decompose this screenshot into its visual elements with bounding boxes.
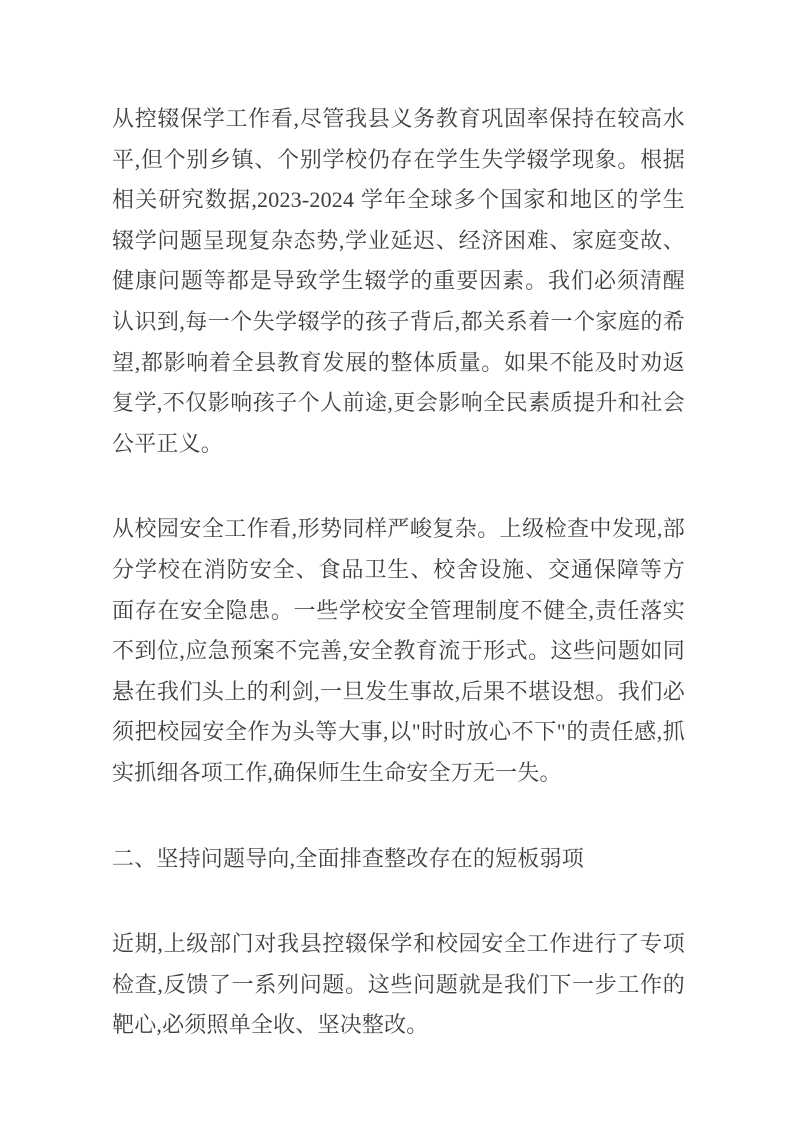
paragraph-inspection-feedback: 近期,上级部门对我县控辍保学和校园安全工作进行了专项检查,反馈了一系列问题。这些… bbox=[112, 924, 685, 1046]
paragraph-campus-safety-situation: 从校园安全工作看,形势同样严峻复杂。上级检查中发现,部分学校在消防安全、食品卫生… bbox=[112, 509, 685, 793]
paragraph-dropout-prevention-situation: 从控辍保学工作看,尽管我县义务教育巩固率保持在较高水平,但个别乡镇、个别学校仍存… bbox=[112, 99, 685, 464]
document-page: 从控辍保学工作看,尽管我县义务教育巩固率保持在较高水平,但个别乡镇、个别学校仍存… bbox=[0, 0, 793, 1122]
section-heading-problem-rectification: 二、坚持问题导向,全面排查整改存在的短板弱项 bbox=[112, 839, 685, 880]
